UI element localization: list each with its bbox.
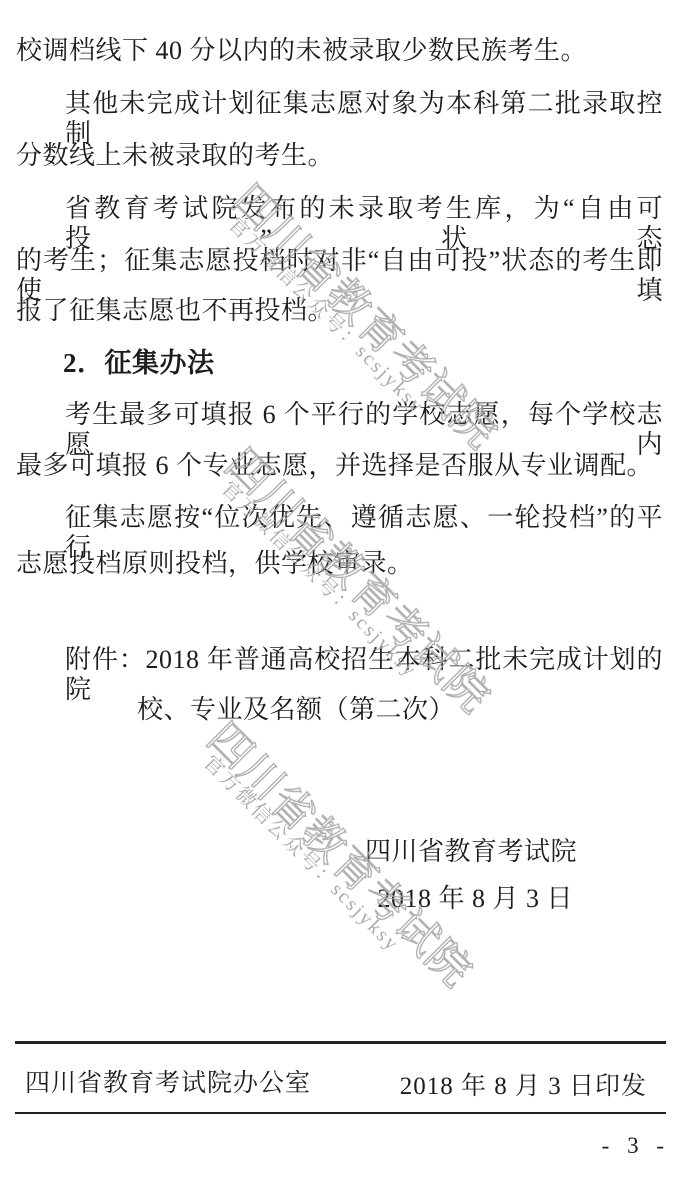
body-line: 最多可填报 6 个专业志愿，并选择是否服从专业调配。: [16, 451, 663, 481]
attachment-line: 校、专业及名额（第二次）: [16, 695, 663, 725]
body-line: 分数线上未被录取的考生。: [16, 141, 663, 171]
document-page: 四川省教育考试院 官方微信公众号：scsjyksy 四川省教育考试院 官方微信公…: [0, 0, 680, 1193]
body-line: 志愿投档原则投档，供学校审录。: [16, 549, 663, 579]
footer-issued-date: 2018 年 8 月 3 日印发: [400, 1066, 647, 1102]
body-line: 其他未完成计划征集志愿对象为本科第二批录取控制: [16, 89, 663, 149]
signature-org: 四川省教育考试院: [365, 831, 577, 868]
signature-date: 2018 年 8 月 3 日: [377, 878, 573, 915]
footer-rule-top: [15, 1041, 666, 1044]
footer-rule-bottom: [15, 1112, 666, 1114]
body-line: 报了征集志愿也不再投档。: [16, 296, 663, 326]
body-line: 校调档线下 40 分以内的未被录取少数民族考生。: [16, 36, 663, 66]
footer-office: 四川省教育考试院办公室: [25, 1063, 311, 1099]
section-heading: 2．征集办法: [16, 348, 663, 379]
page-number: - 3 -: [602, 1133, 670, 1159]
body-line: 省教育考试院发布的未录取考生库，为“自由可投”状态: [16, 194, 663, 254]
